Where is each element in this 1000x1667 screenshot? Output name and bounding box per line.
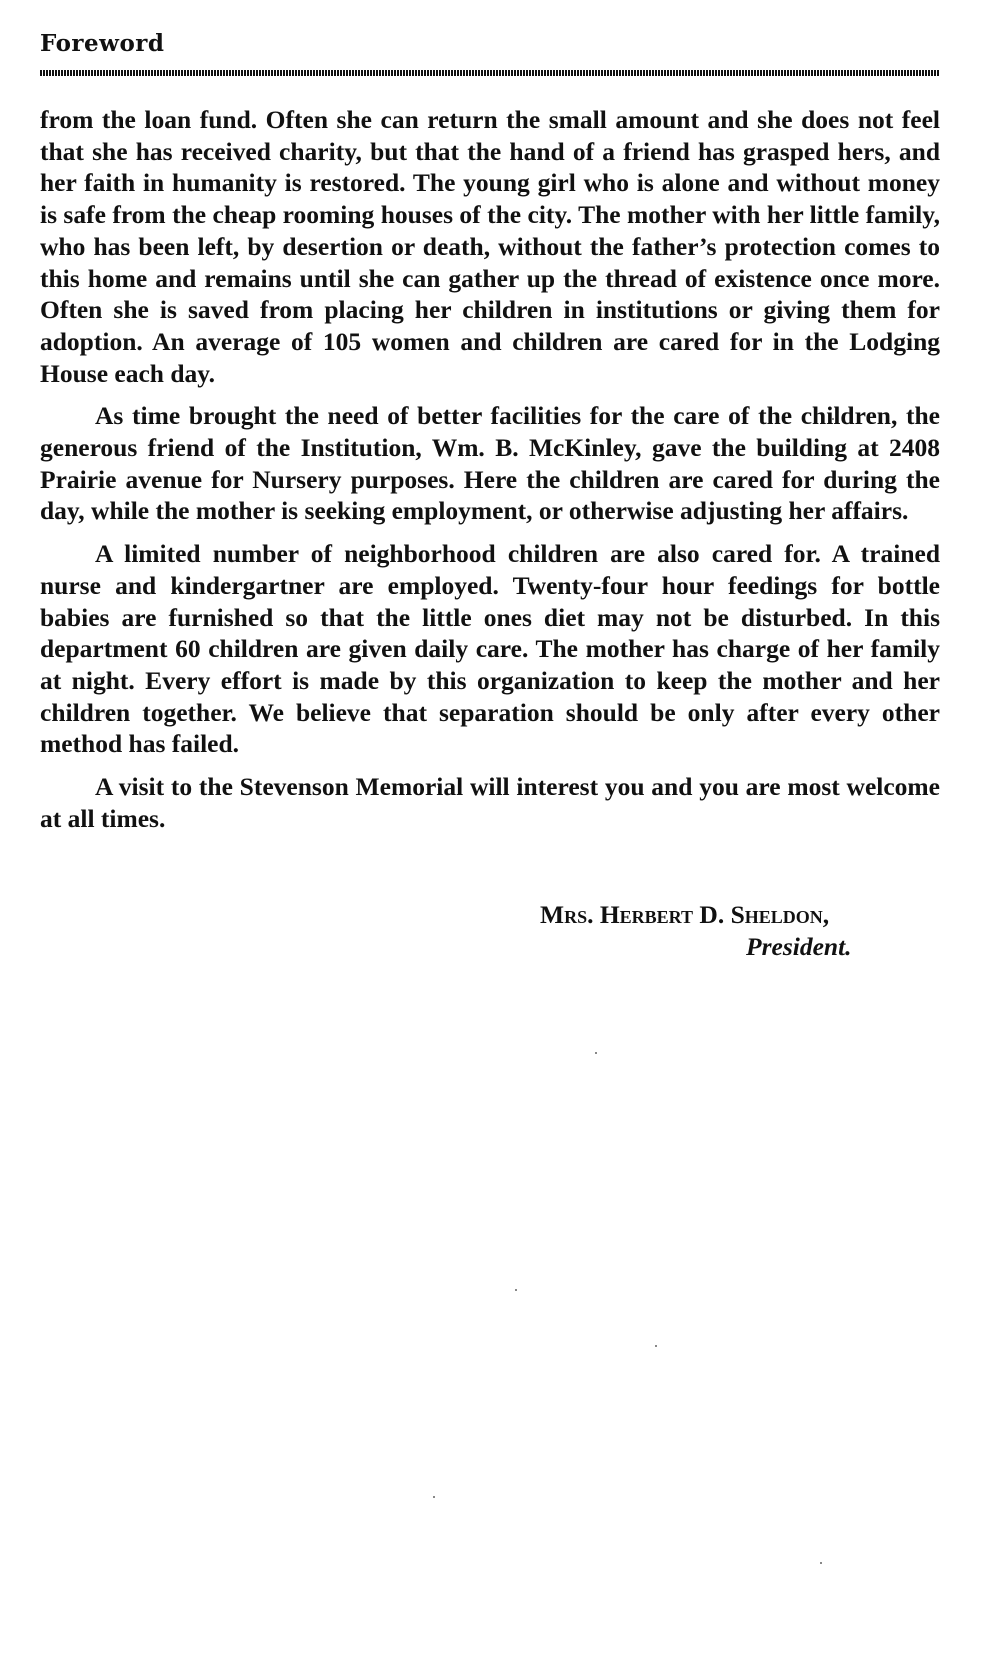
scan-speck bbox=[655, 1345, 657, 1347]
signature-name: Mrs. Herbert D. Sheldon, bbox=[540, 900, 829, 930]
section-heading: Foreword bbox=[40, 30, 165, 57]
scan-speck bbox=[515, 1289, 517, 1291]
paragraph-2: As time brought the need of better facil… bbox=[40, 400, 940, 527]
paragraph-4: A visit to the Stevenson Memorial will i… bbox=[40, 771, 940, 834]
body-text: from the loan fund. Often she can return… bbox=[40, 104, 940, 845]
paragraph-3: A limited number of neighborhood childre… bbox=[40, 538, 940, 760]
heading-rule bbox=[40, 70, 940, 76]
signature-title: President. bbox=[746, 932, 852, 962]
scan-speck bbox=[820, 1562, 822, 1564]
scan-speck bbox=[433, 1496, 435, 1498]
scan-speck bbox=[832, 418, 834, 420]
scan-speck bbox=[595, 1052, 597, 1054]
paragraph-1: from the loan fund. Often she can return… bbox=[40, 104, 940, 389]
